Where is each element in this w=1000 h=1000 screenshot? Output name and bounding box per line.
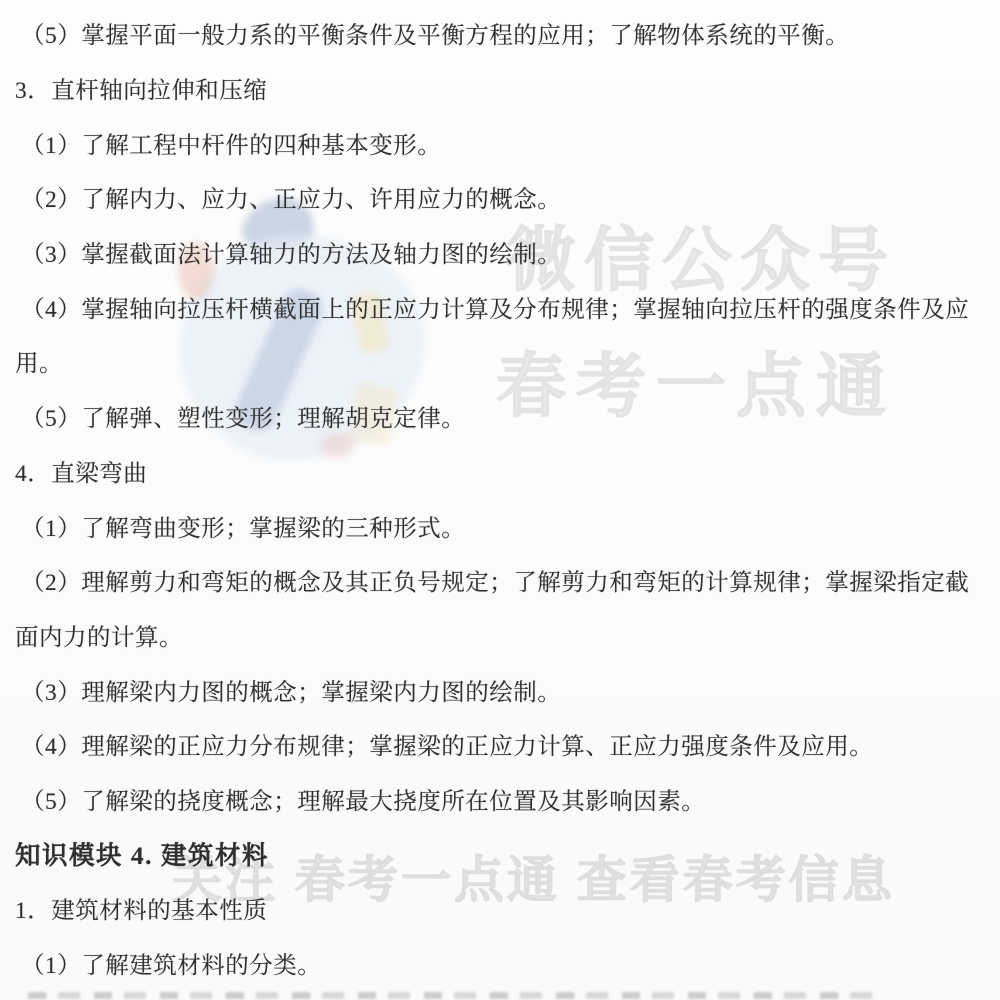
module-heading: 知识模块 4. 建筑材料 (0, 826, 1000, 881)
doc-line: （2）理解剪力和弯矩的概念及其正负号规定；了解剪力和弯矩的计算规律；掌握梁指定截 (0, 553, 1000, 608)
doc-line: （1）了解工程中杆件的四种基本变形。 (0, 115, 1000, 170)
doc-section-heading: 4．直梁弯曲 (0, 444, 1000, 499)
doc-line: （1）了解建筑材料的分类。 (0, 936, 1000, 991)
doc-line: （1）了解弯曲变形；掌握梁的三种形式。 (0, 498, 1000, 553)
document-body: （5）掌握平面一般力系的平衡条件及平衡方程的应用；了解物体系统的平衡。 3．直杆… (0, 0, 1000, 990)
doc-line-continuation: 用。 (0, 334, 1000, 389)
doc-line-continuation: 面内力的计算。 (0, 608, 1000, 663)
doc-line: （3）掌握截面法计算轴力的方法及轴力图的绘制。 (0, 225, 1000, 280)
document-page: 微信公众号 春考一点通 关注 春考一点通 查看春考信息 （5）掌握平面一般力系的… (0, 0, 1000, 1000)
doc-line: （5）了解弹、塑性变形；理解胡克定律。 (0, 389, 1000, 444)
doc-section-heading: 3．直杆轴向拉伸和压缩 (0, 61, 1000, 116)
doc-line: （5）了解梁的挠度概念；理解最大挠度所在位置及其影响因素。 (0, 772, 1000, 827)
doc-line: （3）理解梁内力图的概念；掌握梁内力图的绘制。 (0, 662, 1000, 717)
doc-line: （4）掌握轴向拉压杆横截面上的正应力计算及分布规律；掌握轴向拉压杆的强度条件及应 (0, 279, 1000, 334)
doc-line: （5）掌握平面一般力系的平衡条件及平衡方程的应用；了解物体系统的平衡。 (0, 6, 1000, 61)
doc-line: （2）了解内力、应力、正应力、许用应力的概念。 (0, 170, 1000, 225)
cutoff-text-sliver (28, 992, 878, 999)
doc-line: （4）理解梁的正应力分布规律；掌握梁的正应力计算、正应力强度条件及应用。 (0, 717, 1000, 772)
doc-section-heading: 1．建筑材料的基本性质 (0, 881, 1000, 936)
